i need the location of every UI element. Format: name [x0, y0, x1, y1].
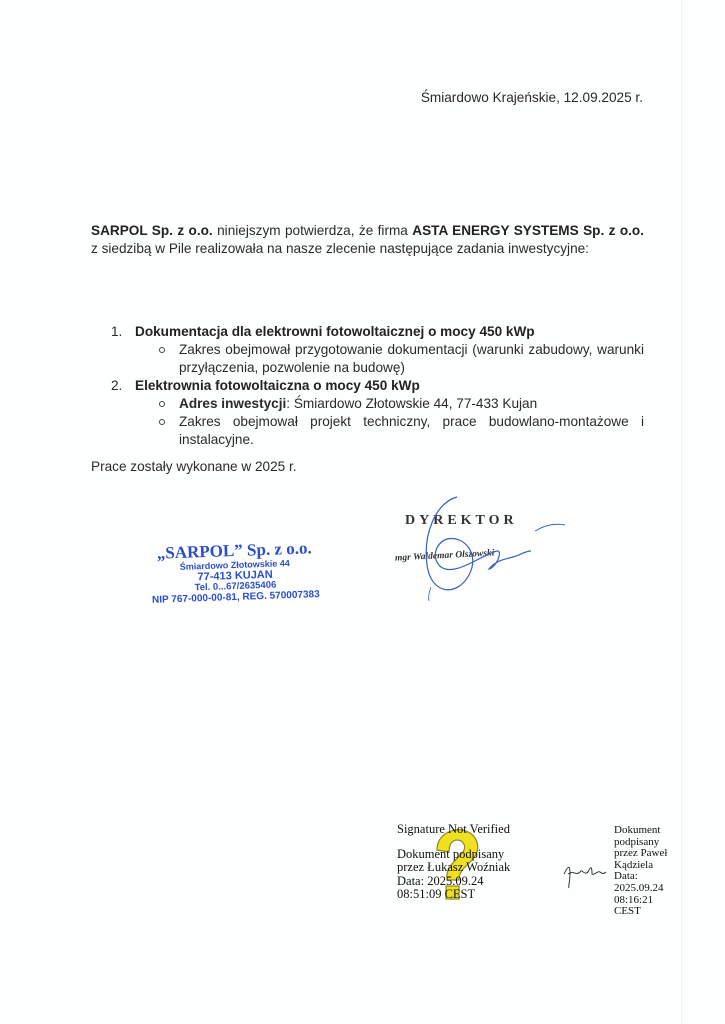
signature-line: 2025.09.24	[614, 883, 704, 895]
task-detail: Adres inwestycji: Śmiardowo Złotowskie 4…	[135, 395, 644, 413]
task-list: 1. Dokumentacja dla elektrowni fotowolta…	[111, 323, 644, 449]
signature-line: Dokument podpisany	[397, 848, 547, 862]
task-number: 2.	[111, 377, 122, 395]
circle-bullet-icon	[159, 401, 165, 407]
task-detail: Zakres obejmował przygotowanie dokumenta…	[135, 341, 644, 377]
handwritten-signature-2-icon	[560, 860, 610, 890]
intro-text-2: z siedzibą w Pile realizowała na nasze z…	[91, 241, 589, 256]
e-signature-2: Dokument podpisany przez Paweł Kądziela …	[614, 825, 704, 918]
director-stamp: DYREKTOR mgr Waldemar Olszowski	[385, 495, 585, 605]
signature-line: przez Łukasz Woźniak	[397, 861, 547, 875]
intro-text-1: niniejszym potwierdza, że firma	[213, 223, 413, 238]
signature-line: CEST	[614, 906, 704, 918]
signature-line: Data: 2025.09.24	[397, 875, 547, 889]
company-stamp: „SARPOL” Sp. z o.o. Śmiardowo Złotowskie…	[139, 538, 331, 607]
task-detail: Zakres obejmował projekt techniczny, pra…	[135, 413, 644, 449]
signature-line: 08:51:09 CEST	[397, 888, 547, 902]
task-item: 2. Elektrownia fotowoltaiczna o mocy 450…	[111, 377, 644, 449]
task-details: Zakres obejmował przygotowanie dokumenta…	[135, 341, 644, 377]
signature-line: Dokument	[614, 825, 704, 837]
detail-label: Adres inwestycji	[179, 396, 286, 411]
company-name: SARPOL Sp. z o.o.	[91, 223, 213, 238]
task-number: 1.	[111, 323, 122, 341]
closing-statement: Prace zostały wykonane w 2025 r.	[91, 459, 297, 474]
e-signature-1: Signature Not Verified Dokument podpisan…	[397, 823, 547, 902]
handwritten-signature-icon	[385, 495, 585, 605]
task-title: Dokumentacja dla elektrowni fotowoltaicz…	[135, 324, 535, 339]
circle-bullet-icon	[159, 347, 165, 353]
contractor-name: ASTA ENERGY SYSTEMS Sp. z o.o.	[412, 223, 644, 238]
signature-status: Signature Not Verified	[397, 823, 547, 837]
task-details: Adres inwestycji: Śmiardowo Złotowskie 4…	[135, 395, 644, 449]
place-date: Śmiardowo Krajeńskie, 12.09.2025 r.	[421, 90, 643, 105]
task-item: 1. Dokumentacja dla elektrowni fotowolta…	[111, 323, 644, 377]
circle-bullet-icon	[159, 419, 165, 425]
intro-paragraph: SARPOL Sp. z o.o. niniejszym potwierdza,…	[91, 222, 644, 258]
task-title: Elektrownia fotowoltaiczna o mocy 450 kW…	[135, 378, 420, 393]
